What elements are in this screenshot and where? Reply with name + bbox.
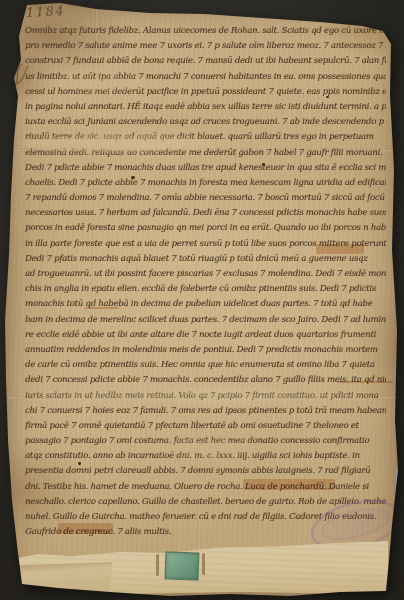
seal-slit <box>156 554 159 576</box>
manuscript-line: atqz constitutio. anno ab incarnatioē dn… <box>25 449 386 464</box>
manuscript-line: necessarios usus. 7 herbam ad falcandū. … <box>25 206 386 221</box>
manuscript-line: pro remedio 7 salute anime mee 7 uxoris … <box>25 39 386 54</box>
manuscript-line: in illa parte foreste que est a uia de p… <box>25 237 386 252</box>
manuscript-line: elemosinā dedi. reliquas uo concedente m… <box>25 146 386 161</box>
margin-flourish-mark <box>12 60 30 88</box>
manuscript-line: riuulū terre de sic. usqz ad aquā que di… <box>25 130 386 145</box>
manuscript-line: chis in anglia in epatu elien. eccliā de… <box>25 282 386 297</box>
manuscript-line: monachis totū qd habebā in decima de pub… <box>25 297 386 312</box>
manuscript-line: iuris sclaris in ut hedibz meis retinui.… <box>25 389 386 404</box>
manuscript-line: firmā pacē 7 omnē quietantiā 7 pfectam l… <box>25 419 386 434</box>
seal-slit <box>202 553 205 575</box>
photograph-of-charter: Omnibz atqz futuris fidelibz. Alanus uic… <box>0 0 404 600</box>
manuscript-line: us limitibz. ut aūt ipa abbia 7 monachi … <box>25 70 386 85</box>
parchment-sheet: Omnibz atqz futuris fidelibz. Alanus uic… <box>0 0 404 600</box>
archival-number-annotation: 1184 <box>26 4 66 21</box>
manuscript-line: in pagina nolui annotari. HĒ itaqz eadē … <box>25 100 386 115</box>
manuscript-line: neschallo. clerico capellano. Guillo de … <box>25 495 386 510</box>
manuscript-line: chaelis. Dedi 7 pdicte abbie 7 monachis … <box>25 176 386 191</box>
manuscript-line: Dedi 7 pdicte abbie 7 monachis duas uill… <box>25 161 386 176</box>
manuscript-line: porcos in eadē foresta sine pasnagio qn … <box>25 221 386 236</box>
green-seal-tag <box>165 551 200 580</box>
manuscript-line: chi 7 conuersi 7 hoies eoz 7 famuli. 7 o… <box>25 404 386 419</box>
manuscript-line: Omnibz atqz futuris fidelibz. Alanus uic… <box>25 24 386 39</box>
manuscript-line: Dedi 7 pfatis monachis aquā blauet 7 tot… <box>25 252 386 267</box>
manuscript-line: bam in decima de merelinc scilicet duas … <box>25 313 386 328</box>
parchment-shadow-wrap: Omnibz atqz futuris fidelibz. Alanus uic… <box>0 0 404 600</box>
manuscript-line: annuatim reddendos in molendinis meis de… <box>25 343 386 358</box>
manuscript-line: passagio 7 pontagio 7 omi costuma. facta… <box>25 434 386 449</box>
manuscript-line: 7 repandū domos 7 molendina. 7 omīa abbi… <box>25 191 386 206</box>
manuscript-line: dni. Testibz his. hamet de meduana. Olue… <box>25 480 386 495</box>
manuscript-line: re ecclie eidē abbie ut ibi ante altare … <box>25 328 386 343</box>
manuscript-line: de carle cū omibz ptinentiis suis. Hec o… <box>25 358 386 373</box>
oval-ink-stamp-inner-ring <box>319 503 391 545</box>
manuscript-line: cessi ul homines mei dederūt pacifice in… <box>25 85 386 100</box>
manuscript-line: presentia domni petri clareuall abbis. 7… <box>25 464 386 479</box>
manuscript-line: dedi 7 concessi pdicte abbie 7 monachis.… <box>25 373 386 388</box>
blue-archive-tab <box>396 470 403 486</box>
manuscript-line: iuxta eccliā sci Juniani ascendendo usqz… <box>25 115 386 130</box>
manuscript-line: ad trogueuanrū. ut ibi possint facere pi… <box>25 267 386 282</box>
manuscript-text-block: Omnibz atqz futuris fidelibz. Alanus uic… <box>25 24 386 540</box>
manuscript-line: construxi 7 fundaui abbiā de bona requie… <box>25 54 386 69</box>
plica-left-flap <box>16 562 112 596</box>
